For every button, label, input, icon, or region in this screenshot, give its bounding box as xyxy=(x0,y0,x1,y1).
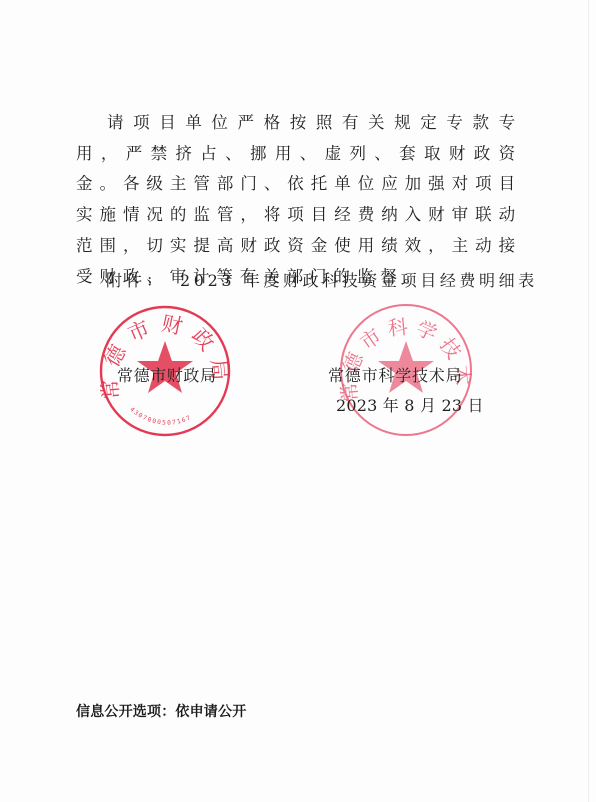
signature-date: 2023 年 8 月 23 日 xyxy=(336,396,484,416)
attachment-label: 附件： xyxy=(106,271,166,290)
attachment-line: 附件：2023 年度财政科技资金项目经费明细表 xyxy=(106,270,538,292)
finance-bureau-signature: 常德市财政局 xyxy=(117,366,217,386)
page-edge-line xyxy=(588,0,589,802)
body-paragraph: 请项目单位严格按照有关规定专款专用，严禁挤占、挪用、虚列、套取财政资金。各级主管… xyxy=(76,108,522,292)
attachment-title: 2023 年度财政科技资金项目经费明细表 xyxy=(180,271,538,290)
science-bureau-signature: 常德市科学技术局 xyxy=(328,366,462,386)
disclosure-option: 信息公开选项：依申请公开 xyxy=(76,703,246,721)
svg-text:4307000507167: 4307000507167 xyxy=(128,406,193,427)
